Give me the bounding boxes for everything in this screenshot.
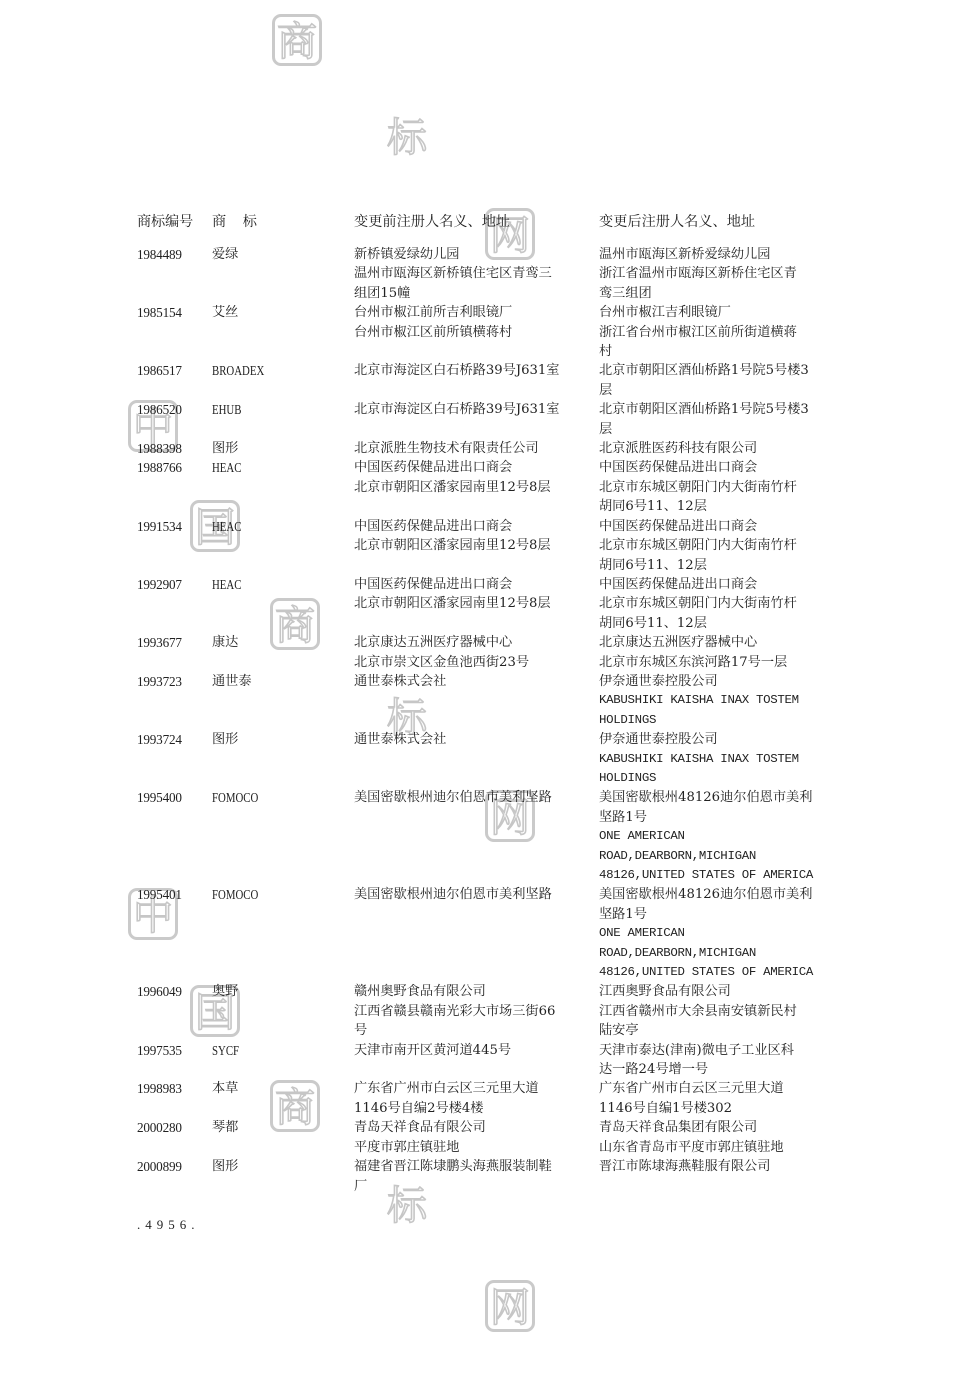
before-change-info: 新桥镇爱绿幼儿园温州市瓯海区新桥镇住宅区青鸾三组团15幢 bbox=[354, 245, 599, 303]
before-change-info: 北京市海淀区白石桥路39号J631室 bbox=[354, 400, 599, 439]
address-line: 福建省晋江陈埭鹏头海燕服装制鞋 bbox=[354, 1157, 599, 1176]
trademark-name: SYCF bbox=[212, 1041, 354, 1080]
address-line: 陆安亭 bbox=[599, 1021, 831, 1040]
address-line: ONE AMERICAN bbox=[599, 924, 831, 943]
trademark-number: 1991534 bbox=[137, 517, 212, 575]
address-line: 中国医药保健品进出口商会 bbox=[354, 517, 599, 536]
trademark-number: 1992907 bbox=[137, 575, 212, 633]
before-change-info: 福建省晋江陈埭鹏头海燕服装制鞋厂 bbox=[354, 1157, 599, 1196]
header-trademark: 商 标 bbox=[212, 212, 354, 245]
before-change-info: 北京市海淀区白石桥路39号J631室 bbox=[354, 361, 599, 400]
address-line: 伊奈通世泰控股公司 bbox=[599, 672, 831, 691]
before-change-info: 通世泰株式会社 bbox=[354, 730, 599, 788]
before-change-info: 北京派胜生物技术有限责任公司 bbox=[354, 439, 599, 458]
address-line: 北京康达五洲医疗器械中心 bbox=[354, 633, 599, 652]
address-line: 江西省赣县赣南光彩大市场三街66 bbox=[354, 1002, 599, 1021]
table-row: 1991534HEAC中国医药保健品进出口商会北京市朝阳区潘家园南里12号8层中… bbox=[137, 517, 837, 575]
address-line: 北京市崇文区金鱼池西街23号 bbox=[354, 653, 599, 672]
address-line: 中国医药保健品进出口商会 bbox=[354, 575, 599, 594]
table-row: 1995401FOMOCO美国密歇根州迪尔伯恩市美利坚路美国密歇根州48126迪… bbox=[137, 885, 837, 982]
after-change-info: 美国密歇根州48126迪尔伯恩市美利坚路1号ONE AMERICANROAD,D… bbox=[599, 788, 831, 885]
trademark-number: 2000280 bbox=[137, 1118, 212, 1157]
trademark-number: 1993677 bbox=[137, 633, 212, 672]
address-line: ROAD,DEARBORN,MICHIGAN bbox=[599, 944, 831, 963]
address-line: 鸾三组团 bbox=[599, 284, 831, 303]
table-row: 1997535SYCF天津市南开区黄河道445号天津市泰达(津南)微电子工业区科… bbox=[137, 1041, 837, 1080]
address-line: ONE AMERICAN bbox=[599, 827, 831, 846]
before-change-info: 通世泰株式会社 bbox=[354, 672, 599, 730]
trademark-name: HEAC bbox=[212, 517, 354, 575]
before-change-info: 赣州奥野食品有限公司江西省赣县赣南光彩大市场三街66号 bbox=[354, 982, 599, 1040]
address-line: KABUSHIKI KAISHA INAX TOSTEM bbox=[599, 750, 831, 769]
address-line: 山东省青岛市平度市郭庄镇驻地 bbox=[599, 1138, 831, 1157]
table-row: 1984489爱绿新桥镇爱绿幼儿园温州市瓯海区新桥镇住宅区青鸾三组团15幢温州市… bbox=[137, 245, 837, 303]
table-header: 商标编号 商 标 变更前注册人名义、地址 变更后注册人名义、地址 bbox=[137, 212, 837, 245]
after-change-info: 中国医药保健品进出口商会北京市东城区朝阳门内大街南竹杆胡同6号11、12层 bbox=[599, 575, 831, 633]
trademark-name: FOMOCO bbox=[212, 885, 354, 982]
after-change-info: 台州市椒江吉利眼镜厂浙江省台州市椒江区前所街道横蒋村 bbox=[599, 303, 831, 361]
trademark-number: 1986517 bbox=[137, 361, 212, 400]
address-line: 号 bbox=[354, 1021, 599, 1040]
watermark-glyph: 网 bbox=[485, 1280, 535, 1332]
watermark-glyph: 标 bbox=[382, 110, 432, 162]
trademark-number: 1997535 bbox=[137, 1041, 212, 1080]
address-line: 达一路24号增一号 bbox=[599, 1060, 831, 1079]
address-line: 美国密歇根州迪尔伯恩市美利坚路 bbox=[354, 885, 599, 904]
trademark-name: EHUB bbox=[212, 400, 354, 439]
before-change-info: 台州市椒江前所吉利眼镜厂台州市椒江区前所镇横蒋村 bbox=[354, 303, 599, 361]
address-line: 北京市朝阳区潘家园南里12号8层 bbox=[354, 478, 599, 497]
address-line: 北京市东城区朝阳门内大街南竹杆 bbox=[599, 536, 831, 555]
trademark-number: 2000899 bbox=[137, 1157, 212, 1196]
table-row: 1988398图形北京派胜生物技术有限责任公司北京派胜医药科技有限公司 bbox=[137, 439, 837, 458]
table-body: 1984489爱绿新桥镇爱绿幼儿园温州市瓯海区新桥镇住宅区青鸾三组团15幢温州市… bbox=[137, 245, 837, 1196]
after-change-info: 北京康达五洲医疗器械中心北京市东城区东滨河路17号一层 bbox=[599, 633, 831, 672]
after-change-info: 伊奈通世泰控股公司KABUSHIKI KAISHA INAX TOSTEMHOL… bbox=[599, 730, 831, 788]
trademark-number: 1996049 bbox=[137, 982, 212, 1040]
address-line: 组团15幢 bbox=[354, 284, 599, 303]
address-line: 美国密歇根州48126迪尔伯恩市美利 bbox=[599, 788, 831, 807]
address-line: 台州市椒江前所吉利眼镜厂 bbox=[354, 303, 599, 322]
after-change-info: 江西奥野食品有限公司江西省赣州市大余县南安镇新民村陆安亭 bbox=[599, 982, 831, 1040]
table-row: 1998983本草广东省广州市白云区三元里大道1146号自编2号楼4楼广东省广州… bbox=[137, 1079, 837, 1118]
address-line: 通世泰株式会社 bbox=[354, 730, 599, 749]
address-line: 天津市南开区黄河道445号 bbox=[354, 1041, 599, 1060]
trademark-number: 1988398 bbox=[137, 439, 212, 458]
trademark-name: 图形 bbox=[212, 1157, 354, 1196]
trademark-name: 琴都 bbox=[212, 1118, 354, 1157]
before-change-info: 中国医药保健品进出口商会北京市朝阳区潘家园南里12号8层 bbox=[354, 517, 599, 575]
address-line: 北京派胜医药科技有限公司 bbox=[599, 439, 831, 458]
after-change-info: 中国医药保健品进出口商会北京市东城区朝阳门内大街南竹杆胡同6号11、12层 bbox=[599, 517, 831, 575]
trademark-name: 图形 bbox=[212, 730, 354, 788]
address-line: 中国医药保健品进出口商会 bbox=[599, 575, 831, 594]
table-row: 1986520EHUB北京市海淀区白石桥路39号J631室北京市朝阳区酒仙桥路1… bbox=[137, 400, 837, 439]
trademark-name: 本草 bbox=[212, 1079, 354, 1118]
trademark-number: 1993723 bbox=[137, 672, 212, 730]
trademark-name: 康达 bbox=[212, 633, 354, 672]
trademark-name: 艾丝 bbox=[212, 303, 354, 361]
address-line: HOLDINGS bbox=[599, 769, 831, 788]
address-line: 平度市郭庄镇驻地 bbox=[354, 1138, 599, 1157]
trademark-name: 爱绿 bbox=[212, 245, 354, 303]
address-line: 青岛天祥食品集团有限公司 bbox=[599, 1118, 831, 1137]
address-line: 温州市瓯海区新桥镇住宅区青鸾三 bbox=[354, 264, 599, 283]
address-line: 胡同6号11、12层 bbox=[599, 497, 831, 516]
address-line: 中国医药保健品进出口商会 bbox=[354, 458, 599, 477]
address-line: 浙江省温州市瓯海区新桥住宅区青 bbox=[599, 264, 831, 283]
before-change-info: 广东省广州市白云区三元里大道1146号自编2号楼4楼 bbox=[354, 1079, 599, 1118]
table-row: 1993677康达北京康达五洲医疗器械中心北京市崇文区金鱼池西街23号北京康达五… bbox=[137, 633, 837, 672]
address-line: 村 bbox=[599, 342, 831, 361]
address-line: 北京市东城区朝阳门内大街南竹杆 bbox=[599, 478, 831, 497]
address-line: 晋江市陈埭海燕鞋服有限公司 bbox=[599, 1157, 831, 1176]
watermark-glyph: 商 bbox=[272, 14, 322, 66]
address-line: 北京市东城区朝阳门内大街南竹杆 bbox=[599, 594, 831, 613]
table-row: 1993723通世泰通世泰株式会社伊奈通世泰控股公司KABUSHIKI KAIS… bbox=[137, 672, 837, 730]
after-change-info: 晋江市陈埭海燕鞋服有限公司 bbox=[599, 1157, 831, 1196]
address-line: 浙江省台州市椒江区前所街道横蒋 bbox=[599, 323, 831, 342]
before-change-info: 中国医药保健品进出口商会北京市朝阳区潘家园南里12号8层 bbox=[354, 458, 599, 516]
trademark-number: 1988766 bbox=[137, 458, 212, 516]
address-line: 广东省广州市白云区三元里大道 bbox=[599, 1079, 831, 1098]
address-line: 层 bbox=[599, 420, 831, 439]
trademark-name: 图形 bbox=[212, 439, 354, 458]
address-line: 江西省赣州市大余县南安镇新民村 bbox=[599, 1002, 831, 1021]
trademark-number: 1984489 bbox=[137, 245, 212, 303]
after-change-info: 温州市瓯海区新桥爱绿幼儿园浙江省温州市瓯海区新桥住宅区青鸾三组团 bbox=[599, 245, 831, 303]
header-trademark-number: 商标编号 bbox=[137, 212, 212, 245]
address-line: 台州市椒江吉利眼镜厂 bbox=[599, 303, 831, 322]
address-line: 北京市东城区东滨河路17号一层 bbox=[599, 653, 831, 672]
before-change-info: 中国医药保健品进出口商会北京市朝阳区潘家园南里12号8层 bbox=[354, 575, 599, 633]
address-line: 北京市朝阳区酒仙桥路1号院5号楼3 bbox=[599, 361, 831, 380]
trademark-name: BROADEX bbox=[212, 361, 354, 400]
table-row: 1986517BROADEX北京市海淀区白石桥路39号J631室北京市朝阳区酒仙… bbox=[137, 361, 837, 400]
trademark-name: HEAC bbox=[212, 458, 354, 516]
address-line: 江西奥野食品有限公司 bbox=[599, 982, 831, 1001]
trademark-number: 1998983 bbox=[137, 1079, 212, 1118]
before-change-info: 美国密歇根州迪尔伯恩市美利坚路 bbox=[354, 885, 599, 982]
address-line: 美国密歇根州48126迪尔伯恩市美利 bbox=[599, 885, 831, 904]
address-line: 胡同6号11、12层 bbox=[599, 556, 831, 575]
trademark-number: 1995400 bbox=[137, 788, 212, 885]
address-line: 中国医药保健品进出口商会 bbox=[599, 458, 831, 477]
address-line: 伊奈通世泰控股公司 bbox=[599, 730, 831, 749]
address-line: 温州市瓯海区新桥爱绿幼儿园 bbox=[599, 245, 831, 264]
after-change-info: 北京派胜医药科技有限公司 bbox=[599, 439, 831, 458]
trademark-number: 1986520 bbox=[137, 400, 212, 439]
before-change-info: 北京康达五洲医疗器械中心北京市崇文区金鱼池西街23号 bbox=[354, 633, 599, 672]
address-line: ROAD,DEARBORN,MICHIGAN bbox=[599, 847, 831, 866]
after-change-info: 青岛天祥食品集团有限公司山东省青岛市平度市郭庄镇驻地 bbox=[599, 1118, 831, 1157]
trademark-change-table: 商标编号 商 标 变更前注册人名义、地址 变更后注册人名义、地址 1984489… bbox=[137, 212, 837, 1196]
table-row: 1993724图形通世泰株式会社伊奈通世泰控股公司KABUSHIKI KAISH… bbox=[137, 730, 837, 788]
address-line: 北京派胜生物技术有限责任公司 bbox=[354, 439, 599, 458]
address-line: 北京市海淀区白石桥路39号J631室 bbox=[354, 361, 599, 380]
table-row: 2000280琴都青岛天祥食品有限公司平度市郭庄镇驻地青岛天祥食品集团有限公司山… bbox=[137, 1118, 837, 1157]
address-line: 北京市朝阳区潘家园南里12号8层 bbox=[354, 536, 599, 555]
trademark-number: 1993724 bbox=[137, 730, 212, 788]
header-after-change: 变更后注册人名义、地址 bbox=[599, 212, 831, 245]
table-row: 1985154艾丝台州市椒江前所吉利眼镜厂台州市椒江区前所镇横蒋村台州市椒江吉利… bbox=[137, 303, 837, 361]
address-line: 胡同6号11、12层 bbox=[599, 614, 831, 633]
trademark-name: 奥野 bbox=[212, 982, 354, 1040]
address-line: HOLDINGS bbox=[599, 711, 831, 730]
after-change-info: 北京市朝阳区酒仙桥路1号院5号楼3层 bbox=[599, 361, 831, 400]
address-line: 坚路1号 bbox=[599, 808, 831, 827]
address-line: 台州市椒江区前所镇横蒋村 bbox=[354, 323, 599, 342]
address-line: 北京市海淀区白石桥路39号J631室 bbox=[354, 400, 599, 419]
trademark-number: 1995401 bbox=[137, 885, 212, 982]
before-change-info: 青岛天祥食品有限公司平度市郭庄镇驻地 bbox=[354, 1118, 599, 1157]
address-line: 北京康达五洲医疗器械中心 bbox=[599, 633, 831, 652]
after-change-info: 伊奈通世泰控股公司KABUSHIKI KAISHA INAX TOSTEMHOL… bbox=[599, 672, 831, 730]
address-line: 广东省广州市白云区三元里大道 bbox=[354, 1079, 599, 1098]
address-line: 厂 bbox=[354, 1177, 599, 1196]
document-page: 商标网中国商标网中国商标网 商标编号 商 标 变更前注册人名义、地址 变更后注册… bbox=[0, 0, 980, 1400]
page-number: .4956. bbox=[137, 1217, 200, 1233]
address-line: 1146号自编2号楼4楼 bbox=[354, 1099, 599, 1118]
address-line: 通世泰株式会社 bbox=[354, 672, 599, 691]
after-change-info: 北京市朝阳区酒仙桥路1号院5号楼3层 bbox=[599, 400, 831, 439]
address-line: 坚路1号 bbox=[599, 905, 831, 924]
address-line: 层 bbox=[599, 381, 831, 400]
after-change-info: 天津市泰达(津南)微电子工业区科达一路24号增一号 bbox=[599, 1041, 831, 1080]
address-line: 48126,UNITED STATES OF AMERICA bbox=[599, 963, 831, 982]
address-line: KABUSHIKI KAISHA INAX TOSTEM bbox=[599, 691, 831, 710]
table-row: 1996049奥野赣州奥野食品有限公司江西省赣县赣南光彩大市场三街66号江西奥野… bbox=[137, 982, 837, 1040]
address-line: 北京市朝阳区潘家园南里12号8层 bbox=[354, 594, 599, 613]
address-line: 新桥镇爱绿幼儿园 bbox=[354, 245, 599, 264]
address-line: 北京市朝阳区酒仙桥路1号院5号楼3 bbox=[599, 400, 831, 419]
trademark-name: FOMOCO bbox=[212, 788, 354, 885]
after-change-info: 美国密歇根州48126迪尔伯恩市美利坚路1号ONE AMERICANROAD,D… bbox=[599, 885, 831, 982]
table-row: 1988766HEAC中国医药保健品进出口商会北京市朝阳区潘家园南里12号8层中… bbox=[137, 458, 837, 516]
trademark-number: 1985154 bbox=[137, 303, 212, 361]
address-line: 48126,UNITED STATES OF AMERICA bbox=[599, 866, 831, 885]
address-line: 青岛天祥食品有限公司 bbox=[354, 1118, 599, 1137]
after-change-info: 广东省广州市白云区三元里大道1146号自编1号楼302 bbox=[599, 1079, 831, 1118]
before-change-info: 美国密歇根州迪尔伯恩市美利坚路 bbox=[354, 788, 599, 885]
after-change-info: 中国医药保健品进出口商会北京市东城区朝阳门内大街南竹杆胡同6号11、12层 bbox=[599, 458, 831, 516]
before-change-info: 天津市南开区黄河道445号 bbox=[354, 1041, 599, 1080]
header-before-change: 变更前注册人名义、地址 bbox=[354, 212, 599, 245]
address-line: 美国密歇根州迪尔伯恩市美利坚路 bbox=[354, 788, 599, 807]
table-row: 2000899图形福建省晋江陈埭鹏头海燕服装制鞋厂晋江市陈埭海燕鞋服有限公司 bbox=[137, 1157, 837, 1196]
trademark-name: 通世泰 bbox=[212, 672, 354, 730]
table-row: 1995400FOMOCO美国密歇根州迪尔伯恩市美利坚路美国密歇根州48126迪… bbox=[137, 788, 837, 885]
table-row: 1992907HEAC中国医药保健品进出口商会北京市朝阳区潘家园南里12号8层中… bbox=[137, 575, 837, 633]
address-line: 赣州奥野食品有限公司 bbox=[354, 982, 599, 1001]
address-line: 中国医药保健品进出口商会 bbox=[599, 517, 831, 536]
trademark-name: HEAC bbox=[212, 575, 354, 633]
address-line: 天津市泰达(津南)微电子工业区科 bbox=[599, 1041, 831, 1060]
address-line: 1146号自编1号楼302 bbox=[599, 1099, 831, 1118]
